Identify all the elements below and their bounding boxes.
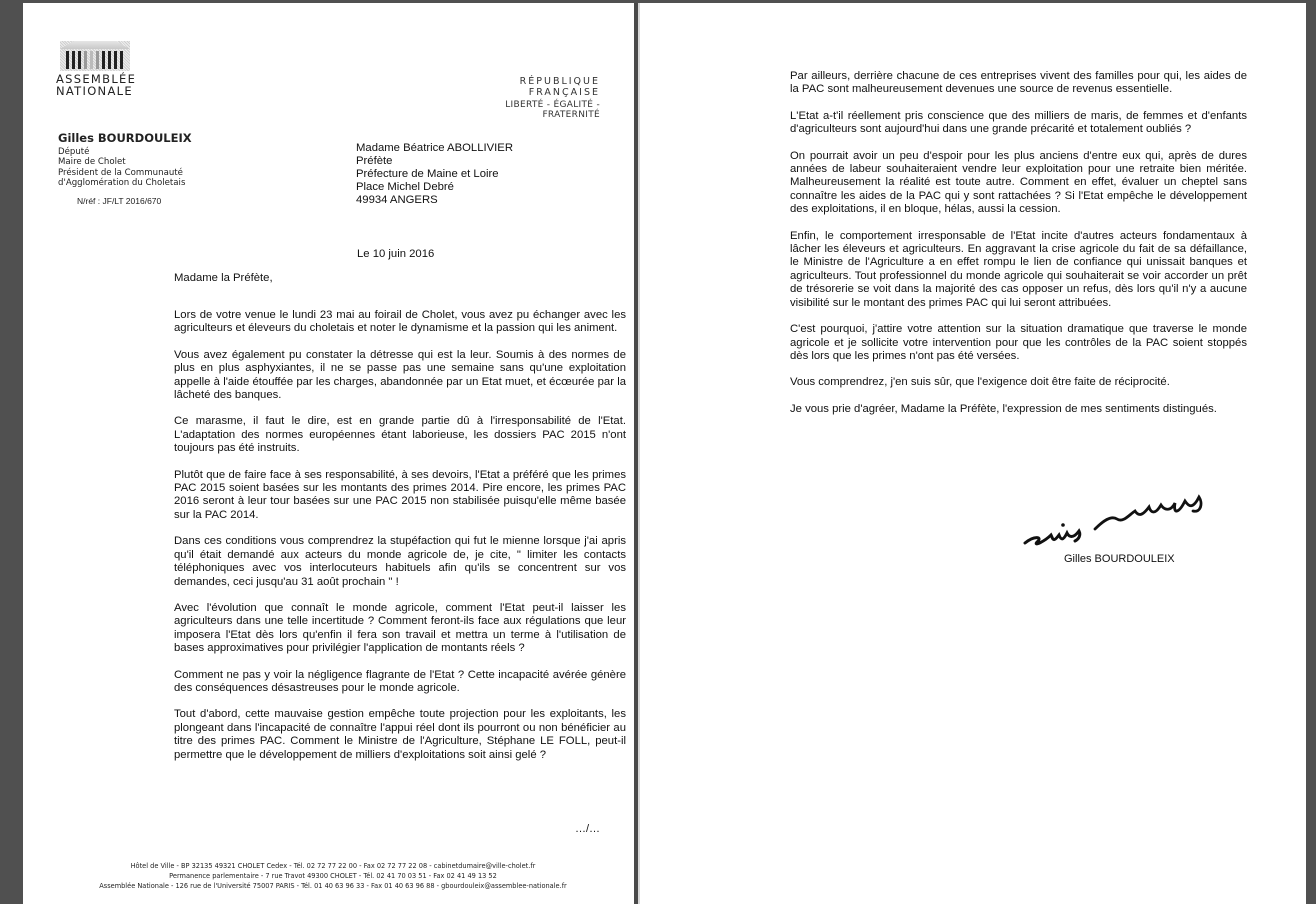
continuation-mark: …/…: [575, 823, 600, 835]
paragraph: C'est pourquoi, j'attire votre attention…: [790, 323, 1247, 363]
paragraph: Vous avez également pu constater la détr…: [174, 349, 626, 403]
republic-motto: RÉPUBLIQUE FRANÇAISE LIBERTÉ - ÉGALITÉ -…: [450, 76, 600, 120]
reference-number: N/réf : JF/LT 2016/670: [77, 196, 161, 206]
sender-name: Gilles BOURDOULEIX: [58, 131, 192, 145]
paragraph: Par ailleurs, derrière chacune de ces en…: [790, 70, 1247, 97]
sender-title: Député: [58, 147, 192, 157]
paragraph: Lors de votre venue le lundi 23 mai au f…: [174, 309, 626, 336]
paragraph: Vous comprendrez, j'en suis sûr, que l'e…: [790, 376, 1247, 389]
paragraph: Plutôt que de faire face à ses responsab…: [174, 469, 626, 523]
salutation: Madame la Préfète,: [174, 272, 273, 284]
logo-text-line-2: NATIONALE: [56, 85, 136, 97]
paragraph: L'Etat a-t'il réellement pris conscience…: [790, 110, 1247, 137]
recipient-line: 49934 ANGERS: [356, 194, 513, 207]
letter-page-1: ASSEMBLÉE NATIONALE RÉPUBLIQUE FRANÇAISE…: [23, 3, 634, 904]
letter-footer: Hôtel de Ville - BP 32135 49321 CHOLET C…: [83, 861, 583, 891]
paragraph: Tout d'abord, cette mauvaise gestion emp…: [174, 708, 626, 762]
republic-title: RÉPUBLIQUE FRANÇAISE: [450, 76, 600, 98]
recipient-line: Préfète: [356, 155, 513, 168]
recipient-line: Madame Béatrice ABOLLIVIER: [356, 142, 513, 155]
parliament-building-icon: [60, 41, 130, 71]
signatory-name: Gilles BOURDOULEIX: [1064, 553, 1175, 565]
footer-line: Permanence parlementaire - 7 rue Travot …: [83, 871, 583, 881]
recipient-line: Préfecture de Maine et Loire: [356, 168, 513, 181]
letter-date: Le 10 juin 2016: [357, 248, 434, 260]
paragraph: Comment ne pas y voir la négligence flag…: [174, 669, 626, 696]
paragraph: Dans ces conditions vous comprendrez la …: [174, 535, 626, 589]
letter-page-2: Par ailleurs, derrière chacune de ces en…: [640, 3, 1306, 904]
sender-title: Président de la Communauté: [58, 168, 192, 178]
footer-line: Hôtel de Ville - BP 32135 49321 CHOLET C…: [83, 861, 583, 871]
letter-body-page-2: Par ailleurs, derrière chacune de ces en…: [790, 70, 1247, 429]
paragraph: Enfin, le comportement irresponsable de …: [790, 230, 1247, 310]
republic-motto-line: LIBERTÉ - ÉGALITÉ - FRATERNITÉ: [450, 100, 600, 120]
sender-title: d'Agglomération du Choletais: [58, 178, 192, 188]
footer-line: Assemblée Nationale - 126 rue de l'Unive…: [83, 881, 583, 891]
letter-body-page-1: Lors de votre venue le lundi 23 mai au f…: [174, 309, 626, 775]
recipient-address: Madame Béatrice ABOLLIVIER Préfète Préfe…: [356, 142, 513, 207]
paragraph: Je vous prie d'agréer, Madame la Préfète…: [790, 403, 1247, 416]
paragraph: Avec l'évolution que connaît le monde ag…: [174, 602, 626, 656]
handwritten-signature-icon: [1023, 485, 1218, 553]
sender-block: Gilles BOURDOULEIX Député Maire de Chole…: [58, 131, 192, 188]
recipient-line: Place Michel Debré: [356, 181, 513, 194]
paragraph: Ce marasme, il faut le dire, est en gran…: [174, 415, 626, 455]
sender-title: Maire de Cholet: [58, 157, 192, 167]
assemblee-nationale-logo: ASSEMBLÉE NATIONALE: [56, 41, 136, 97]
paragraph: On pourrait avoir un peu d'espoir pour l…: [790, 150, 1247, 217]
